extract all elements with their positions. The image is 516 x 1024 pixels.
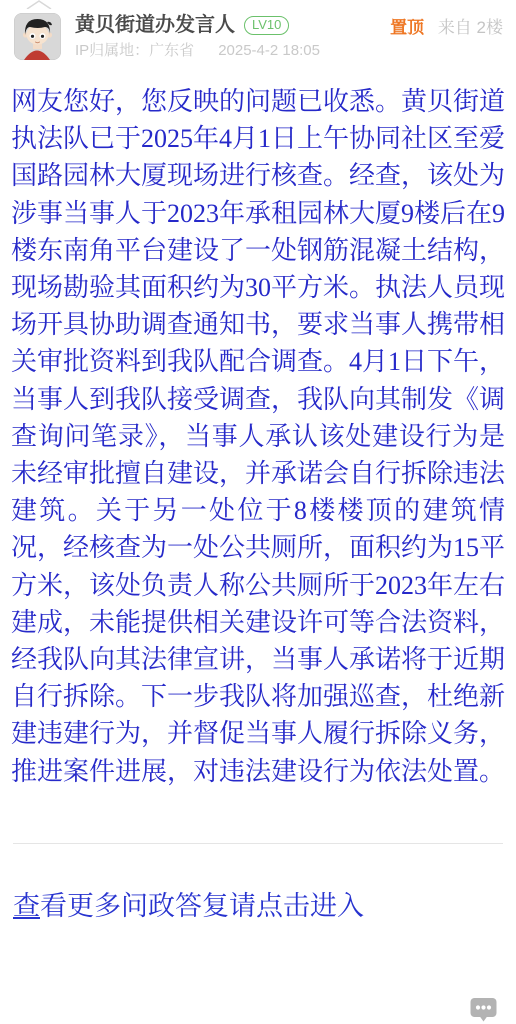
view-more-link[interactable]: 查看更多问政答复请点击进入 [13,890,503,922]
level-badge: LV10 [244,16,289,35]
callout-arrow-icon [26,0,52,9]
comment-bubble-icon[interactable] [470,997,497,1022]
post-page: 黄贝街道办发言人 LV10 IP归属地：广东省2025-4-2 18:05 置顶… [0,0,516,1024]
header-text: 黄贝街道办发言人 LV10 IP归属地：广东省2025-4-2 18:05 [75,13,390,60]
username[interactable]: 黄贝街道办发言人 [75,13,235,37]
header-right: 置顶 来自 2楼 [390,13,503,39]
post-body-text: 网友您好，您反映的问题已收悉。黄贝街道执法队已于2025年4月1日上午协同社区至… [11,83,505,791]
avatar[interactable] [14,13,61,60]
post-timestamp: 2025-4-2 18:05 [218,42,320,59]
post-header: 黄贝街道办发言人 LV10 IP归属地：广东省2025-4-2 18:05 置顶… [0,0,516,60]
divider [13,843,503,844]
pinned-badge: 置顶 [390,18,424,37]
floor-label: 来自 2楼 [438,18,503,37]
ip-location: IP归属地：广东省 [75,42,194,59]
